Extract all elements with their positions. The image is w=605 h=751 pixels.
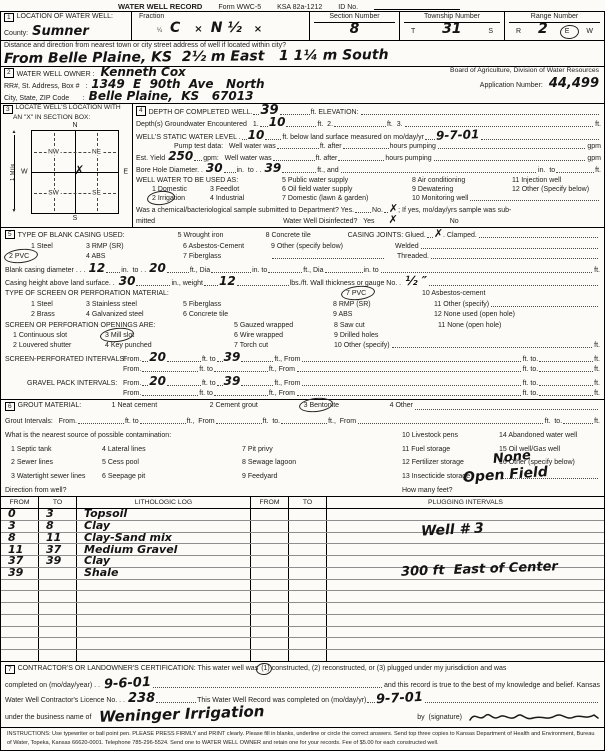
- leader: [253, 114, 259, 115]
- gw-1-value: 10: [269, 118, 286, 127]
- leader: [338, 160, 384, 161]
- table-row: [1, 603, 604, 615]
- from-label: From.: [123, 380, 141, 387]
- owner-section: 2WATER WELL OWNER :Kenneth Cox RR#, St. …: [0, 67, 605, 104]
- col-from-header: FROM: [1, 497, 39, 508]
- leader: [241, 361, 273, 362]
- locate-title-2: AN "X" IN SECTION BOX:: [13, 115, 90, 122]
- instructions-text: INSTRUCTIONS: Use typewriter or ball poi…: [7, 730, 598, 748]
- use-option: 4 Industrial: [210, 195, 282, 202]
- blank-casing-dia-label: Blank casing diameter . . .: [5, 267, 86, 274]
- owner-title: WATER WELL OWNER :: [17, 71, 95, 78]
- section-number-value: 8: [350, 24, 360, 35]
- casing-height-label: Casing height above land surface. .: [5, 280, 115, 287]
- screen-option: 12 None used (open hole): [434, 311, 515, 318]
- leader: [405, 126, 594, 127]
- screen-option: 1 Steel: [31, 301, 86, 308]
- table-row: [1, 638, 604, 650]
- screen-option: 8 RMP (SR): [333, 301, 434, 308]
- use-option: 5 Public water supply: [282, 177, 412, 184]
- plug-from: [251, 580, 289, 591]
- form-title: WATER WELL RECORD: [118, 2, 202, 11]
- form-header: WATER WELL RECORD Form WWC-5 KSA 82a-121…: [0, 0, 605, 11]
- owner-city-value: Belle Plaine, KS 67013: [89, 92, 254, 101]
- log-to: [39, 627, 77, 638]
- bore-in-to-label: in. to: [538, 167, 555, 174]
- licence-label: Water Well Contractor's Licence No. . .: [5, 697, 125, 704]
- leader: [367, 702, 375, 703]
- one-mile-arrow: ▲ ▼ 1 Mile: [10, 130, 20, 214]
- plug-from: [251, 568, 289, 579]
- township-value: 31: [442, 24, 461, 35]
- leader: [539, 395, 593, 396]
- quarter-glyph: ¼: [157, 28, 162, 34]
- from-label: From.: [123, 366, 141, 373]
- leader: [421, 248, 598, 249]
- fraction-value-1: C: [170, 23, 180, 34]
- section-2-number: 2: [4, 68, 14, 77]
- bcd-in-to-label: in. to . .: [121, 267, 146, 274]
- direction-from-well-label: Direction from well?: [5, 487, 402, 494]
- est-yield-label: Est. Yield: [136, 155, 165, 162]
- casing-option: 5 Wrought iron: [178, 232, 266, 239]
- leader: [539, 371, 593, 372]
- leader: [302, 361, 520, 362]
- board-of-agriculture-label: Board of Agriculture, Division of Water …: [450, 68, 599, 75]
- opening-option: 10 Other (specify): [334, 342, 390, 349]
- leader: [491, 306, 598, 307]
- contamination-option: 7 Pit privy: [242, 446, 402, 453]
- log-from: 8: [1, 533, 39, 544]
- one-mile-label: 1 Mile: [10, 163, 16, 181]
- grout-option: 4 Other: [390, 402, 413, 409]
- screen-interval-to-value: 39: [224, 353, 241, 362]
- leader: [479, 237, 598, 238]
- bcd-ft-3-label: ft.: [594, 267, 600, 274]
- screen-option: 9 ABS: [333, 311, 434, 318]
- opening-ft-label: ft.: [594, 342, 600, 349]
- contamination-option: 12 Fertilizer storage: [402, 459, 499, 466]
- leader: [142, 395, 198, 396]
- pump-hours-label: hours pumping: [390, 143, 436, 150]
- leader: [156, 702, 196, 703]
- disinfected-no-label: No: [450, 218, 459, 225]
- completed-date-value: 9-6-01: [104, 678, 151, 690]
- wall-thickness-label: lbs./ft. Wall thickness or gauge No. .: [290, 280, 401, 287]
- plug-from: [251, 638, 289, 649]
- screen-option: 4 Galvanized steel: [86, 311, 183, 318]
- col-to-header: TO: [39, 497, 77, 508]
- log-to: 3: [39, 509, 77, 520]
- leader: [167, 385, 201, 386]
- section-number-cell: Section Number 8: [310, 12, 400, 40]
- grout-option-bentonite-selected: 3 Bentonite: [304, 402, 390, 409]
- log-from: [1, 638, 39, 649]
- pump-gpm-label: gpm: [587, 143, 601, 150]
- section-4-number: 4: [136, 106, 146, 115]
- contamination-option: 6 Seepage pit: [102, 473, 242, 480]
- instructions-footer: INSTRUCTIONS: Use typewriter or ball poi…: [0, 728, 605, 751]
- use-option: 9 Dewatering: [412, 186, 512, 193]
- bore-to-value: 39: [265, 164, 282, 173]
- certification-text-1b: constructed, (2) reconstructed, or (3) p…: [272, 665, 507, 672]
- log-from: 0: [1, 509, 39, 520]
- leader: [281, 423, 327, 424]
- leader: [325, 272, 363, 273]
- leader: [241, 385, 273, 386]
- plug-from: [251, 556, 289, 567]
- leader: [224, 172, 236, 173]
- screen-option-pvc-selected: 7 PVC: [346, 290, 422, 297]
- log-to: [39, 603, 77, 614]
- leader: [384, 212, 388, 213]
- leader: [167, 361, 201, 362]
- leader: [341, 172, 536, 173]
- table-row: [1, 615, 604, 627]
- casing-option-pvc-selected: 2 PVC: [9, 253, 86, 260]
- casing-option: 4 ABS: [86, 253, 183, 260]
- bcd-ft-dia-2-label: ft., Dia: [303, 267, 323, 274]
- screen-option: 11 Other (specify): [434, 301, 489, 308]
- gi-ft-end-label: ft.: [594, 418, 600, 425]
- township-label: Township Number: [424, 13, 480, 20]
- opening-option: 1 Continuous slot: [13, 332, 105, 339]
- plug-interval: [327, 603, 604, 614]
- plug-to: [289, 580, 327, 591]
- table-row: [1, 650, 604, 661]
- chem-no-label: No.: [372, 207, 383, 214]
- log-to: [39, 591, 77, 602]
- plug-interval: [327, 627, 604, 638]
- location-title: LOCATION OF WATER WELL:: [17, 13, 113, 20]
- gravel-interval-to-value: 39: [224, 377, 241, 386]
- bore-ft2-label: ft.: [595, 167, 601, 174]
- section-7-number: 7: [5, 665, 15, 674]
- screen-option: 2 Brass: [31, 311, 86, 318]
- grout-title: GROUT MATERIAL:: [18, 402, 112, 409]
- log-to: [39, 580, 77, 591]
- log-to: 11: [39, 533, 77, 544]
- log-from: [1, 650, 39, 661]
- leader: [153, 687, 382, 688]
- ft-to-label: ft. to: [202, 380, 216, 387]
- record-completed-date-value: 9-7-01: [376, 693, 423, 705]
- opening-option: 8 Saw cut: [334, 322, 438, 329]
- leader: [539, 385, 593, 386]
- bore-to-label: in. to . .: [237, 167, 262, 174]
- owner-address-label: RR#, St. Address, Box # :: [4, 83, 87, 90]
- gw-3-label: ft. 3.: [387, 121, 403, 128]
- plug-to: [289, 533, 327, 544]
- col-plugging-header: PLUGGING INTERVALS: [327, 497, 604, 508]
- opening-option: 11 None (open hole): [438, 322, 501, 329]
- leader: [265, 139, 281, 140]
- locate-title-1: LOCATE WELL'S LOCATION WITH: [16, 105, 121, 112]
- leader: [136, 285, 170, 286]
- leader: [438, 148, 585, 149]
- township-s: S: [488, 28, 493, 35]
- contamination-option: 4 Lateral lines: [102, 446, 242, 453]
- arrow-down-icon: ▼: [12, 209, 17, 214]
- plug-to: [289, 591, 327, 602]
- yield-gpm-label: gpm: [587, 155, 601, 162]
- gi-ft-from-label: ft., From: [187, 418, 215, 425]
- range-west: W: [586, 28, 593, 35]
- casing-option: 1 Steel: [31, 243, 86, 250]
- ft-end-label: ft.: [594, 380, 600, 387]
- log-from: [1, 591, 39, 602]
- by-signature-label: by (signature): [417, 714, 462, 721]
- county-value: Sumner: [32, 27, 89, 37]
- use-option: 3 Feedlot: [210, 186, 282, 193]
- ne-quadrant-label: NE: [90, 148, 103, 155]
- depth-value: 39: [260, 106, 278, 116]
- plug-from: [251, 615, 289, 626]
- certification-section: 7CONTRACTOR'S OR LANDOWNER'S CERTIFICATI…: [0, 662, 605, 728]
- gw-2-label: ft. 2.: [317, 121, 333, 128]
- contamination-option: 14 Abandoned water well: [499, 432, 577, 439]
- ft-to-label: ft. to: [202, 356, 216, 363]
- leader: [277, 148, 319, 149]
- ft-to-2-label: ft. to.: [523, 366, 539, 373]
- leader: [204, 285, 218, 286]
- location-cell: 1LOCATION OF WATER WELL: County:Sumner: [1, 12, 132, 40]
- screen-option: 5 Fiberglass: [183, 301, 333, 308]
- blank-casing-title: TYPE OF BLANK CASING USED:: [18, 232, 178, 239]
- leader: [194, 160, 202, 161]
- leader: [242, 139, 247, 140]
- distance-section: Distance and direction from nearest town…: [0, 41, 605, 67]
- section-6-number: 6: [5, 402, 15, 411]
- sw-quadrant-label: SW: [46, 189, 60, 196]
- leader: [429, 285, 598, 286]
- casing-option: 6 Asbestos-Cement: [183, 243, 271, 250]
- plug-interval: [327, 615, 604, 626]
- use-option-irrigation-selected: 2 Irrigation: [152, 195, 210, 202]
- open-field-value: Open Field: [463, 467, 548, 483]
- plug-to: [289, 627, 327, 638]
- log-to: 8: [39, 521, 77, 532]
- leader: [415, 409, 598, 410]
- fraction-x-1: ×: [194, 26, 202, 34]
- range-label: Range Number: [531, 13, 578, 20]
- leader: [563, 423, 593, 424]
- ft-from-label: ft., From: [269, 366, 295, 373]
- log-to: [39, 615, 77, 626]
- range-value: 2: [538, 24, 548, 35]
- log-from: [1, 627, 39, 638]
- contamination-title: What is the nearest source of possible c…: [5, 432, 402, 439]
- divider: [314, 22, 395, 23]
- contamination-option: 2 Sewer lines: [11, 459, 102, 466]
- log-from: 3: [1, 521, 39, 532]
- grout-option: 2 Cement grout: [210, 402, 304, 409]
- mitted-label: mitted: [136, 218, 155, 225]
- owner-name-value: Kenneth Cox: [101, 68, 186, 77]
- weight-value: 12: [219, 277, 236, 286]
- screen-interval-from-value: 20: [149, 353, 166, 362]
- use-title: WELL WATER TO BE USED AS:: [136, 177, 282, 184]
- north-label: N: [72, 122, 77, 129]
- opening-option: 7 Torch cut: [234, 342, 334, 349]
- col-to2-header: TO: [289, 497, 327, 508]
- log-to: [39, 650, 77, 661]
- leader: [431, 258, 598, 259]
- plug-interval: [327, 638, 604, 649]
- leader: [302, 385, 520, 386]
- ft-to-label: ft. to: [199, 390, 213, 397]
- owner-address-value: 1349 E 90th Ave North: [91, 80, 264, 89]
- yield-ft-label: ft. after: [316, 155, 338, 162]
- range-r: R: [516, 28, 521, 35]
- casing-option: 8 Concrete tile: [266, 232, 348, 239]
- gi-ft-to-label: ft. to: [125, 418, 139, 425]
- col-from2-header: FROM: [251, 497, 289, 508]
- licence-value: 238: [128, 694, 155, 704]
- ft-to-2-label: ft. to.: [523, 390, 539, 397]
- leader: [78, 423, 124, 424]
- west-label: W: [21, 169, 28, 176]
- welded-label: Welded: [395, 243, 419, 250]
- opening-option: 5 Gauzed wrapped: [234, 322, 334, 329]
- plug-to: [289, 638, 327, 649]
- casing-option: 3 RMP (SR): [86, 243, 183, 250]
- leader: [282, 172, 316, 173]
- leader: [106, 272, 120, 273]
- bore-dia-value: 30: [206, 164, 223, 173]
- plug-from: [251, 591, 289, 602]
- leader: [140, 423, 186, 424]
- application-number-value: 44,499: [549, 79, 599, 89]
- plug-from: [251, 627, 289, 638]
- dashed-line: [97, 133, 98, 211]
- clamped-label: . Clamped.: [443, 232, 477, 239]
- section-box: NW NE SW SE N S W E ✗: [31, 130, 119, 214]
- plug-from: [251, 603, 289, 614]
- section-1-number: 1: [4, 13, 14, 22]
- use-option: 12 Other (Specify below): [512, 186, 589, 193]
- east-label: E: [123, 169, 128, 176]
- est-yield-value: 250: [168, 152, 193, 161]
- log-material: [77, 650, 251, 661]
- grout-option: 1 Neat cement: [112, 402, 210, 409]
- divider: [404, 22, 500, 23]
- leader: [358, 423, 543, 424]
- mid-row: 3LOCATE WELL'S LOCATION WITH AN "X" IN S…: [0, 104, 605, 228]
- log-material: Clay-Sand mix: [77, 533, 251, 544]
- static-level-date: 9-7-01: [436, 130, 480, 141]
- leader: [211, 272, 251, 273]
- openings-title: SCREEN OR PERFORATION OPENINGS ARE:: [5, 322, 234, 329]
- threaded-label: Threaded.: [397, 253, 429, 260]
- casing-joints-label: CASING JOINTS: Glued.: [348, 232, 426, 239]
- business-name-value: Weninger Irrigation: [99, 706, 265, 723]
- nw-quadrant-label: NW: [46, 148, 61, 155]
- contamination-option: 1 Septic tank: [11, 446, 102, 453]
- leader: [272, 258, 384, 259]
- log-from: 39: [1, 568, 39, 579]
- leader: [425, 139, 435, 140]
- fraction-cell: Fraction ¼C×N ½×: [132, 12, 310, 40]
- plug-from: [251, 509, 289, 520]
- section-location-diagram: 3LOCATE WELL'S LOCATION WITH AN "X" IN S…: [0, 104, 133, 228]
- contamination-option: 3 Watertight sewer lines: [11, 473, 102, 480]
- grout-intervals-label: Grout Intervals: From.: [5, 418, 77, 425]
- plug-to: [289, 603, 327, 614]
- groundwater-label: Depth(s) Groundwater Encountered: [136, 121, 247, 128]
- screen-material-title: TYPE OF SCREEN OR PERFORATION MATERIAL:: [5, 290, 346, 297]
- chem-sample-label: Was a chemical/bacteriological sample su…: [136, 207, 354, 214]
- leader: [297, 371, 521, 372]
- leader: [237, 285, 289, 286]
- leader: [214, 371, 268, 372]
- screen-option: 6 Concrete tile: [183, 311, 333, 318]
- plug-interval: [327, 650, 604, 661]
- divider: [509, 22, 600, 23]
- leader: [361, 114, 599, 115]
- from-label: From.: [123, 356, 141, 363]
- plug-to: [289, 650, 327, 661]
- depth-label: DEPTH OF COMPLETED WELL.: [149, 109, 253, 116]
- fraction-label: Fraction: [139, 13, 164, 20]
- elevation-label: ft. ELEVATION:: [311, 109, 359, 116]
- disinfected-yes-x-mark: ✗: [389, 216, 398, 224]
- dashed-line: [54, 133, 55, 211]
- leader: [217, 385, 223, 386]
- gi-ft-to-3-label: ft. to.: [545, 418, 563, 425]
- leader: [334, 126, 386, 127]
- gw-ft-label: ft.: [595, 121, 601, 128]
- opening-option: 9 Drilled holes: [334, 332, 378, 339]
- plug-to: [289, 521, 327, 532]
- log-material: [77, 615, 251, 626]
- leader: [381, 272, 592, 273]
- casing-option: 7 Fiberglass: [183, 253, 271, 260]
- plug-to: [289, 568, 327, 579]
- ft-to-label: ft. to: [199, 366, 213, 373]
- section-5-number: 5: [5, 230, 15, 239]
- pump-ft-label: ft. after: [320, 143, 342, 150]
- leader: [286, 126, 316, 127]
- section-casing-screen: 5TYPE OF BLANK CASING USED:5 Wrought iro…: [0, 228, 605, 400]
- ft-from-label: ft., From: [269, 390, 295, 397]
- log-material: [77, 591, 251, 602]
- chem-if-yes-label: ; If yes, mo/day/yrs sample was sub-: [398, 207, 511, 214]
- casing-option: 9 Other (specify below): [271, 243, 395, 250]
- location-row: 1LOCATION OF WATER WELL: County:Sumner F…: [0, 11, 605, 41]
- well-number-note: Well # 3: [421, 523, 484, 537]
- leader: [216, 423, 262, 424]
- township-t: T: [411, 28, 415, 35]
- opening-option: 4 Key punched: [105, 342, 234, 349]
- id-no-blank: [374, 9, 460, 10]
- plug-from: [251, 521, 289, 532]
- static-level-measured-label: ft. below land surface measured on mo/da…: [282, 134, 424, 141]
- section-number-label: Section Number: [329, 13, 379, 20]
- constructed-option-selected: (1): [261, 665, 270, 672]
- leader: [142, 371, 198, 372]
- lithologic-log-table: FROM TO LITHOLOGIC LOG FROM TO PLUGGING …: [0, 497, 605, 662]
- ft-from-label: ft., From: [274, 380, 300, 387]
- gi-ft-to-2-label: ft. to.: [263, 418, 281, 425]
- leader: [142, 361, 148, 362]
- bore-dia-label: Bore Hole Diameter. .: [136, 167, 203, 174]
- use-option: 6 Oil field water supply: [282, 186, 412, 193]
- glued-x-mark: ✗: [434, 230, 443, 238]
- log-material: [77, 603, 251, 614]
- contamination-option: 9 Feedyard: [242, 473, 402, 480]
- leader: [427, 237, 433, 238]
